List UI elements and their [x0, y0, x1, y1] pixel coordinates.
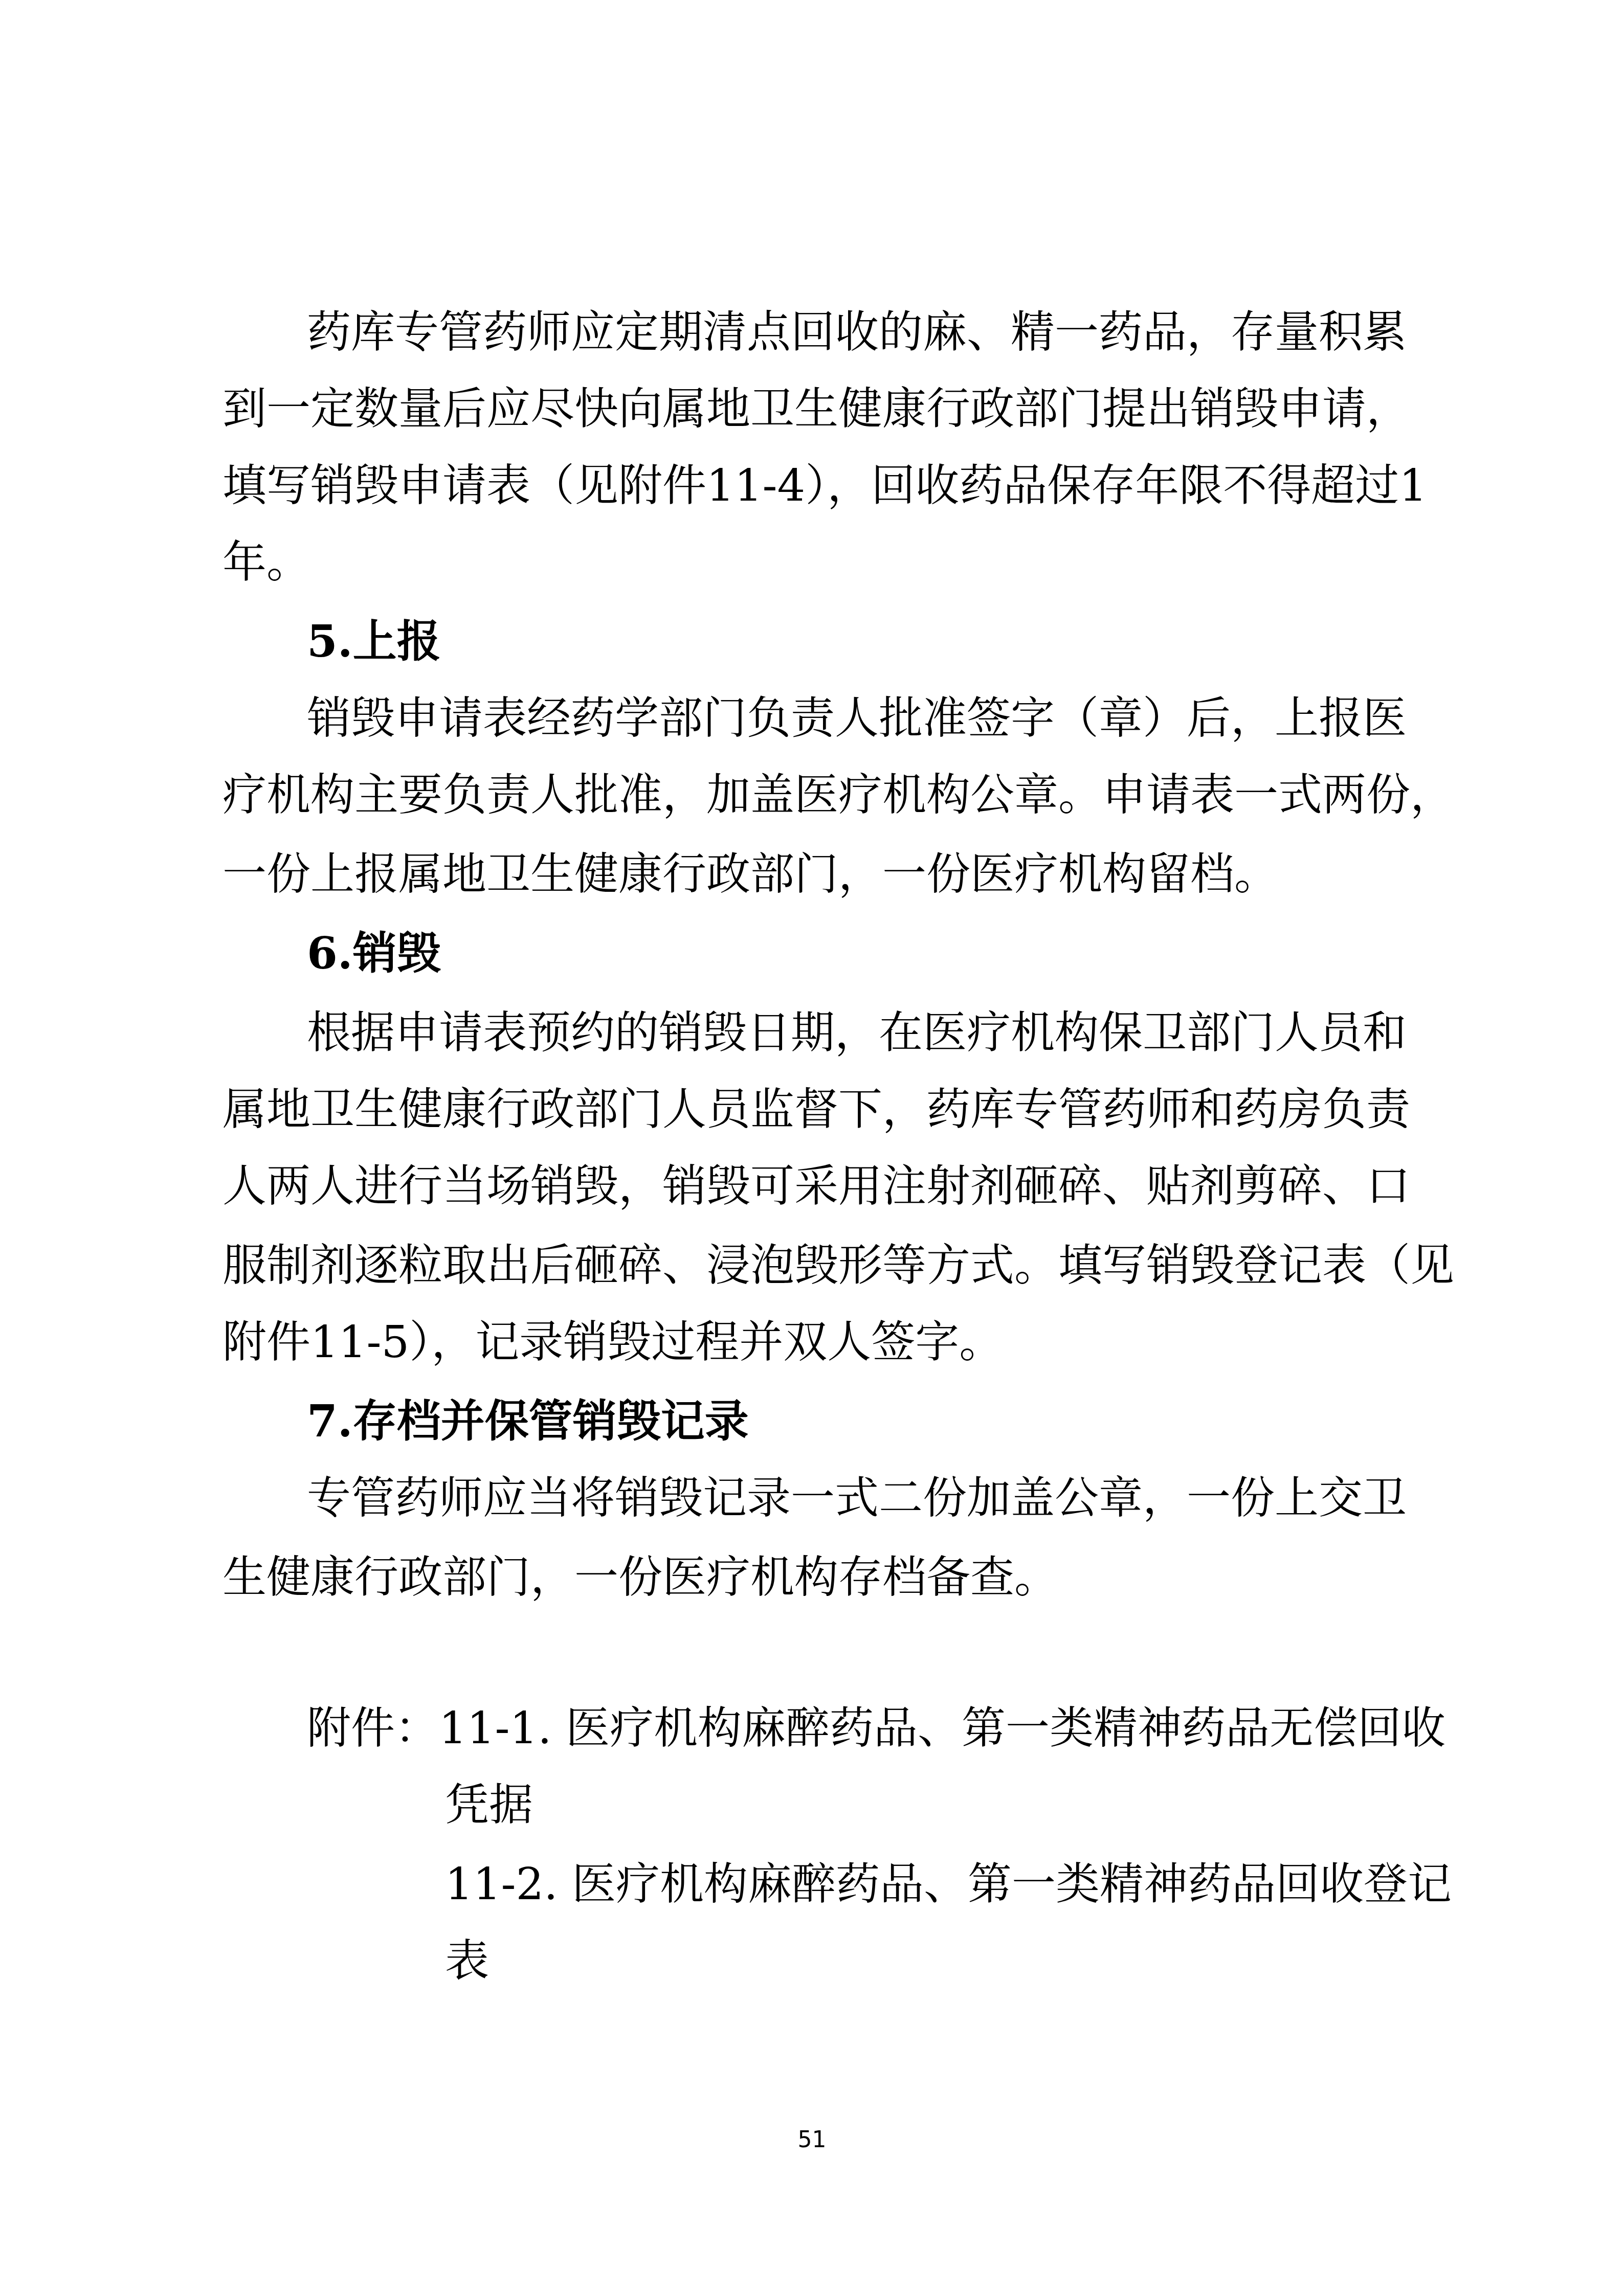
attachment-item: 11-2. 医疗机构麻醉药品、第一类精神药品回收登记	[445, 1846, 1407, 1923]
attachment-title-continued: 凭据	[445, 1767, 533, 1843]
paragraph-line: 一份上报属地卫生健康行政部门，一份医疗机构留档。	[223, 836, 1407, 913]
paragraph-line: 附件11-5），记录销毁过程并双人签字。	[223, 1304, 1407, 1381]
paragraph-line: 根据申请表预约的销毁日期，在医疗机构保卫部门人员和	[307, 995, 1407, 1071]
attachment-title-continued: 表	[445, 1923, 489, 1999]
paragraph-line: 专管药师应当将销毁记录一式二份加盖公章，一份上交卫	[307, 1460, 1407, 1537]
paragraph-line: 人两人进行当场销毁，销毁可采用注射剂砸碎、贴剂剪碎、口	[223, 1148, 1407, 1225]
page-number: 51	[0, 2122, 1624, 2158]
paragraph-line: 生健康行政部门，一份医疗机构存档备查。	[223, 1539, 1407, 1616]
attachments-label: 附件：	[307, 1703, 439, 1754]
paragraph-line: 服制剂逐粒取出后砸碎、浸泡毁形等方式。填写销毁登记表（见	[223, 1227, 1407, 1304]
section-heading: 5.上报	[307, 603, 441, 680]
paragraph-line: 填写销毁申请表（见附件11-4），回收药品保存年限不得超过1	[223, 447, 1407, 524]
section-heading: 7.存档并保管销毁记录	[307, 1383, 749, 1460]
paragraph-line: 销毁申请表经药学部门负责人批准签字（章）后，上报医	[307, 680, 1407, 757]
paragraph-line: 属地卫生健康行政部门人员监督下，药库专管药师和药房负责	[223, 1071, 1407, 1148]
paragraph-line: 药库专管药师应定期清点回收的麻、精一药品，存量积累	[307, 294, 1407, 371]
paragraph-line: 年。	[223, 524, 1407, 601]
paragraph-line: 到一定数量后应尽快向属地卫生健康行政部门提出销毁申请，	[223, 371, 1407, 447]
attachment-title: 11-1. 医疗机构麻醉药品、第一类精神药品无偿回收	[439, 1703, 1445, 1754]
attachment-item: 附件：11-1. 医疗机构麻醉药品、第一类精神药品无偿回收	[307, 1690, 1407, 1767]
section-heading: 6.销毁	[307, 915, 441, 992]
paragraph-line: 疗机构主要负责人批准，加盖医疗机构公章。申请表一式两份，	[223, 757, 1407, 834]
